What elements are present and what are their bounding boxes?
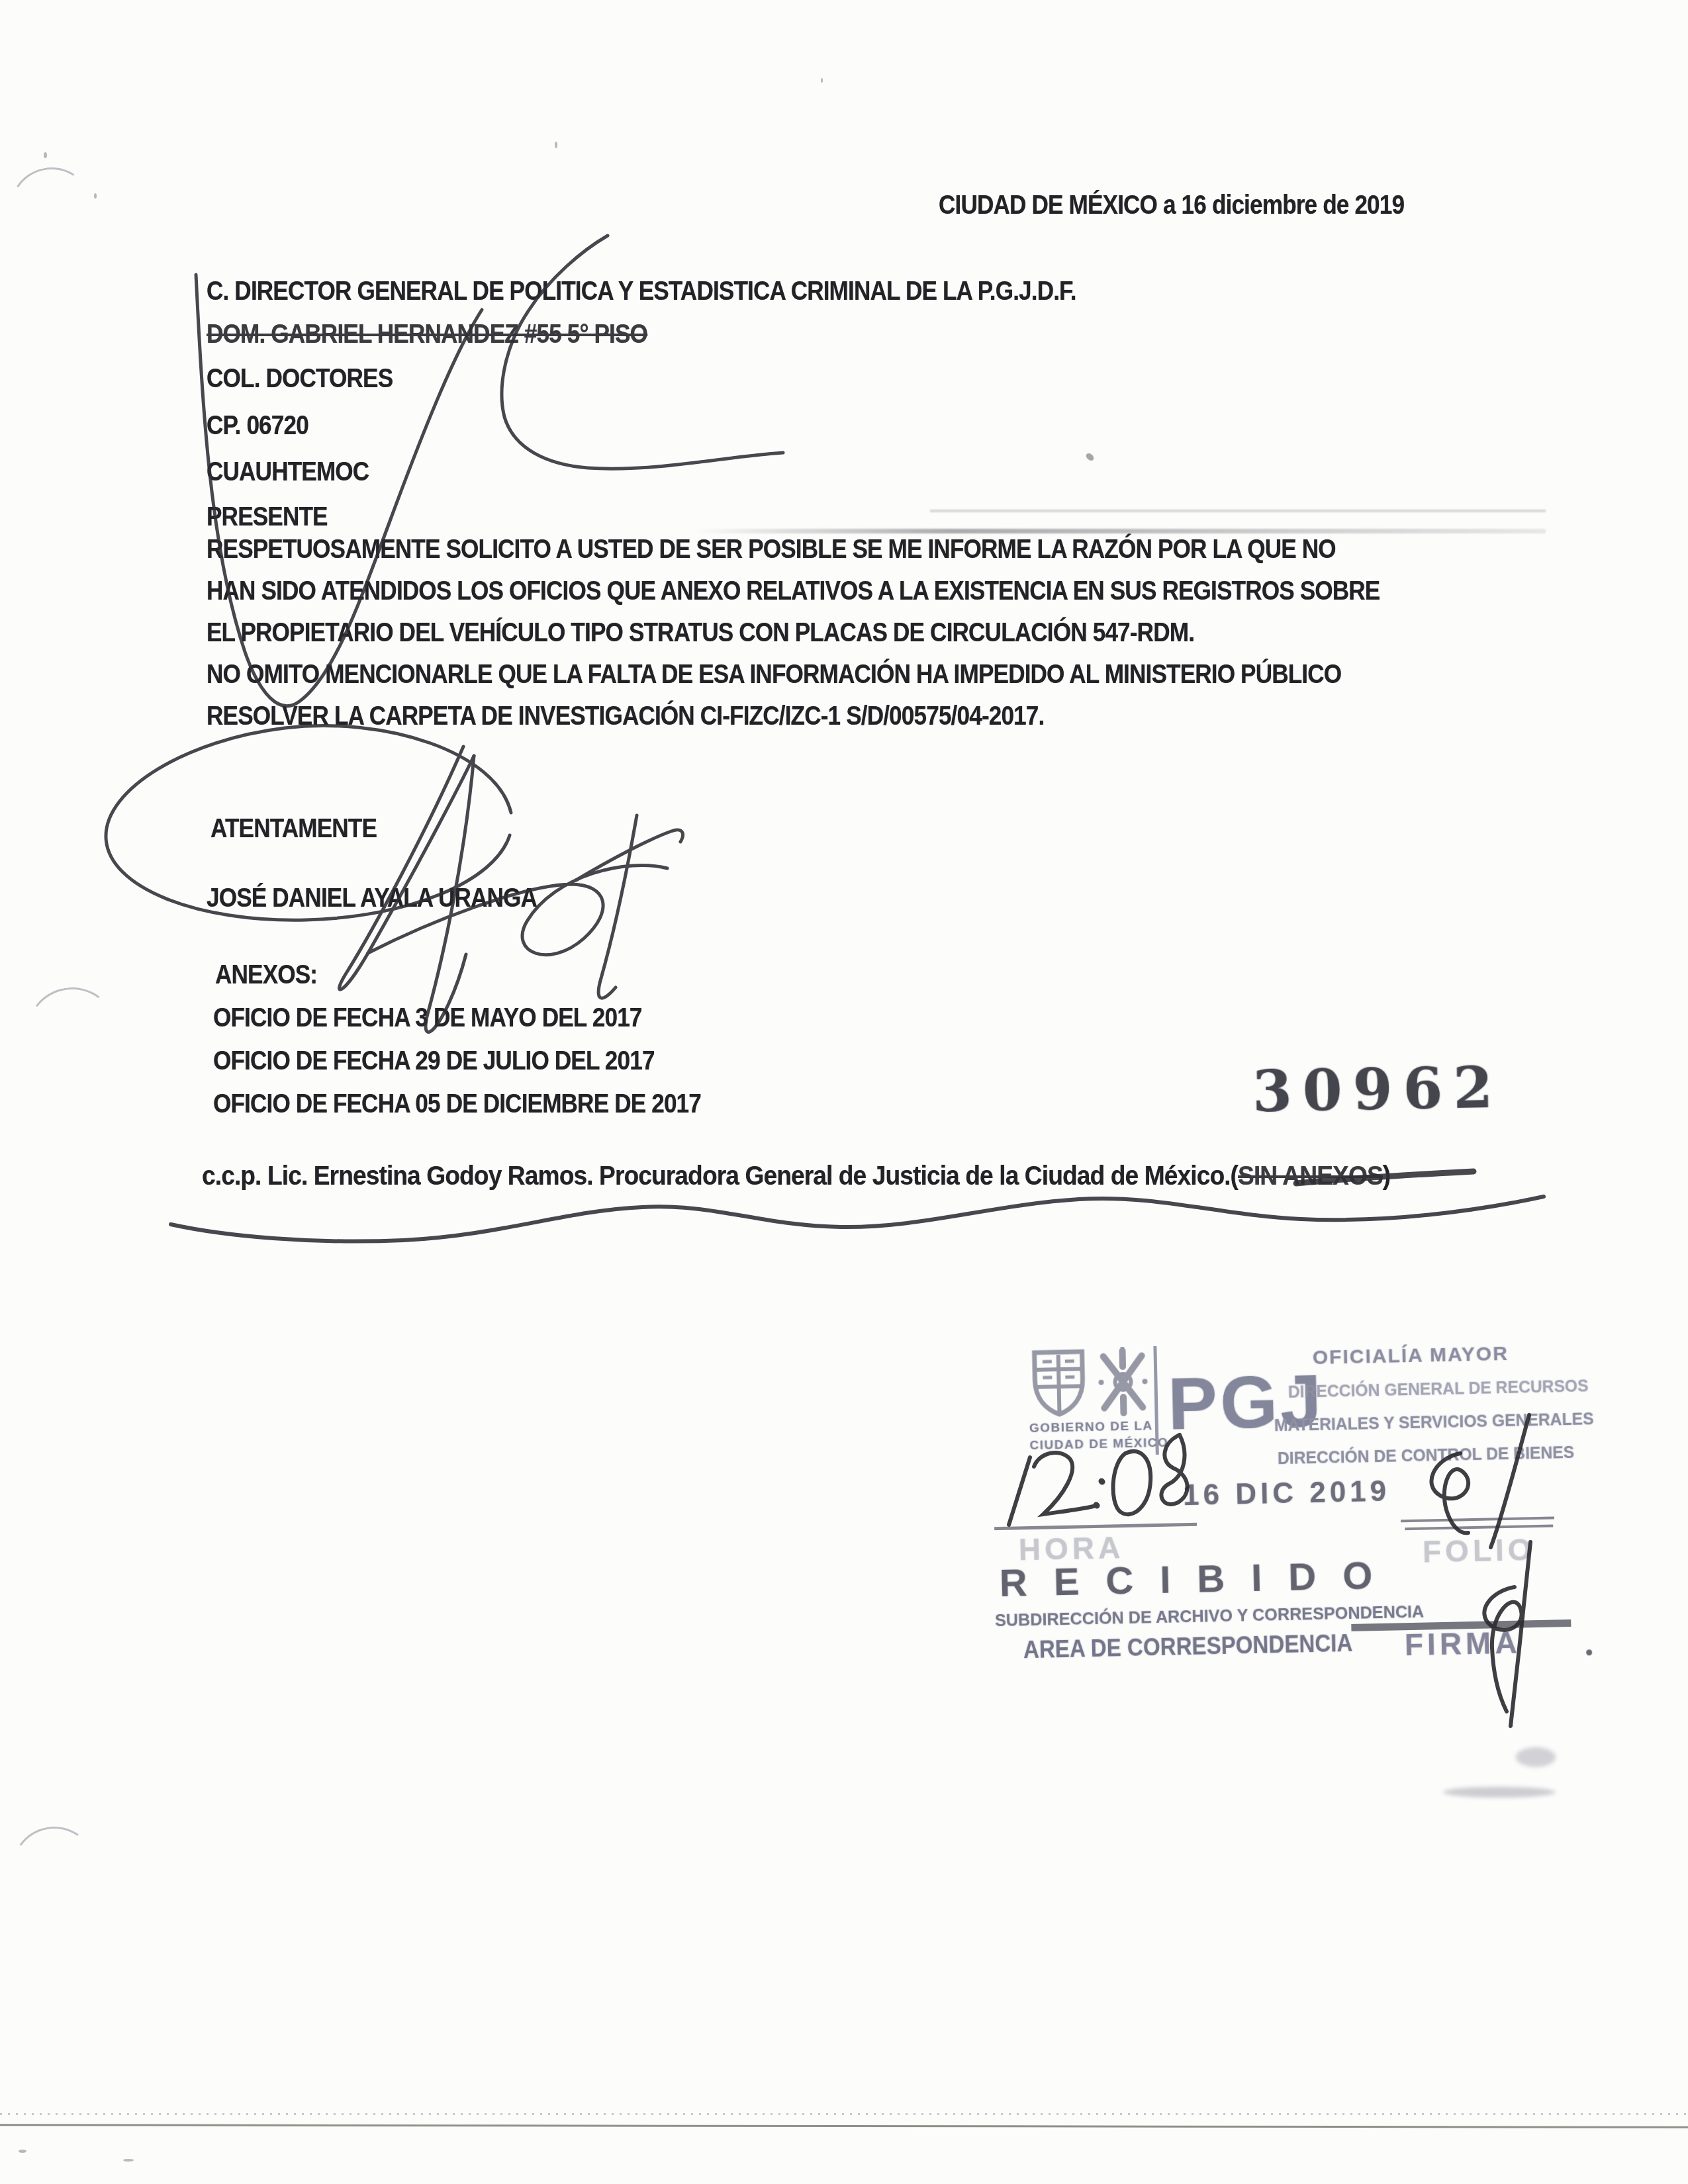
pen-sin-anexos-strike (1296, 1171, 1474, 1183)
scan-speck (94, 193, 97, 199)
pen-ellipse-atentamente (106, 726, 511, 921)
pen-ccp-underline (171, 1197, 1544, 1242)
pen-hora-value (1034, 1453, 1094, 1514)
pen-hora-value (1009, 1457, 1030, 1525)
scan-speck (44, 152, 47, 158)
scan-streak (695, 529, 1546, 533)
pen-loop-scribble (502, 236, 783, 469)
pen-hora-value (1113, 1451, 1151, 1514)
pen-check-scribble (196, 275, 482, 706)
pen-annotations (0, 0, 1688, 2184)
pen-signature (368, 865, 667, 954)
scan-speck (821, 78, 823, 83)
pen-signature (339, 747, 474, 989)
scan-speck (555, 142, 557, 148)
scan-noise-line (0, 2113, 1688, 2115)
stamp-smudge (1443, 1787, 1556, 1797)
scanned-letter-page: CIUDAD DE MÉXICO a 16 diciembre de 2019 … (0, 0, 1688, 2184)
pen-hora-value (1096, 1481, 1102, 1506)
scan-speck (123, 2159, 134, 2161)
stamp-smudge (1516, 1747, 1556, 1767)
pen-firma-signature (1511, 1542, 1530, 1726)
pen-hora-value (1161, 1435, 1187, 1504)
scan-streak (930, 510, 1546, 512)
pen-folio-mark (1431, 1453, 1468, 1533)
scan-speck (19, 2150, 26, 2153)
pen-folio-mark (1491, 1415, 1529, 1547)
pen-signature (426, 756, 474, 1032)
